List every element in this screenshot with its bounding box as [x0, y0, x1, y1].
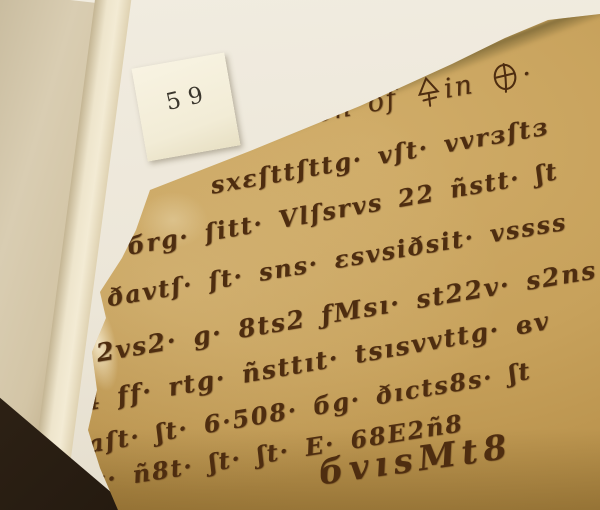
crossed-circle-sigil-icon — [490, 59, 522, 97]
heading-connector: in — [441, 69, 476, 105]
page-number: 59 — [136, 76, 233, 122]
heading-trailing-mark: · — [520, 58, 536, 90]
manuscript-photo: 59 ijdissolution of in · sxɛ — [0, 0, 600, 510]
page-number-sticker: 59 — [132, 53, 241, 162]
